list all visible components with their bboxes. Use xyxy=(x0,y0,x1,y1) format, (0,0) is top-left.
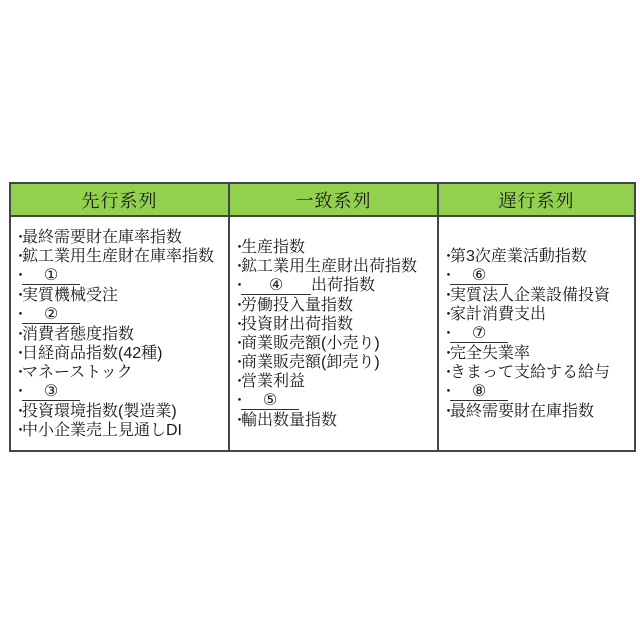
bullet-icon: ・ xyxy=(13,382,22,401)
bullet-icon: ・ xyxy=(13,363,22,382)
item-text: 最終需要財在庫指数 xyxy=(450,402,594,421)
fill-in-blank: ① xyxy=(22,268,80,285)
bullet-icon: ・ xyxy=(441,363,450,382)
list-item: ・⑦ xyxy=(441,324,633,344)
bullet-icon: ・ xyxy=(232,257,241,276)
bullet-icon: ・ xyxy=(441,382,450,401)
item-text: 輸出数量指数 xyxy=(241,411,337,430)
header-row: 先行系列 一致系列 遅行系列 xyxy=(10,183,635,216)
header-coincident-series: 一致系列 xyxy=(229,183,438,216)
list-item: ・労働投入量指数 xyxy=(232,296,436,315)
list-item: ・消費者態度指数 xyxy=(13,325,227,344)
bullet-icon: ・ xyxy=(441,324,450,343)
bullet-icon: ・ xyxy=(232,372,241,391)
item-text: 鉱工業用生産財出荷指数 xyxy=(241,257,417,276)
bullet-icon: ・ xyxy=(232,276,241,295)
item-text: 日経商品指数(42種) xyxy=(22,344,162,363)
bullet-icon: ・ xyxy=(13,286,22,305)
list-item: ・⑧ xyxy=(441,382,633,402)
fill-in-blank: ⑧ xyxy=(450,384,508,401)
item-text: 投資環境指数(製造業) xyxy=(22,402,177,421)
item-text: 完全失業率 xyxy=(450,344,530,363)
list-item: ・第3次産業活動指数 xyxy=(441,247,633,266)
item-text: 商業販売額(卸売り) xyxy=(241,353,380,372)
list-item: ・① xyxy=(13,266,227,286)
bullet-icon: ・ xyxy=(13,305,22,324)
leading-series-list: ・最終需要財在庫率指数・鉱工業用生産財在庫率指数・①・実質機械受注・②・消費者態… xyxy=(13,228,227,440)
fill-in-blank: ③ xyxy=(22,384,80,401)
header-leading-series: 先行系列 xyxy=(10,183,229,216)
item-text: 生産指数 xyxy=(241,238,305,257)
bullet-icon: ・ xyxy=(13,325,22,344)
list-item: ・鉱工業用生産財出荷指数 xyxy=(232,257,436,276)
bullet-icon: ・ xyxy=(13,247,22,266)
item-text: 営業利益 xyxy=(241,372,305,391)
list-item: ・投資環境指数(製造業) xyxy=(13,402,227,421)
body-row: ・最終需要財在庫率指数・鉱工業用生産財在庫率指数・①・実質機械受注・②・消費者態… xyxy=(10,216,635,451)
bullet-icon: ・ xyxy=(232,296,241,315)
bullet-icon: ・ xyxy=(232,353,241,372)
bullet-icon: ・ xyxy=(441,286,450,305)
list-item: ・③ xyxy=(13,382,227,402)
list-item: ・マネーストック xyxy=(13,363,227,382)
item-text: マネーストック xyxy=(22,363,133,382)
list-item: ・投資財出荷指数 xyxy=(232,315,436,334)
bullet-icon: ・ xyxy=(232,391,241,410)
item-text: 出荷指数 xyxy=(311,276,375,295)
list-item: ・輸出数量指数 xyxy=(232,411,436,430)
list-item: ・営業利益 xyxy=(232,372,436,391)
list-item: ・④出荷指数 xyxy=(232,276,436,296)
bullet-icon: ・ xyxy=(13,421,22,440)
list-item: ・商業販売額(小売り) xyxy=(232,334,436,353)
item-text: 投資財出荷指数 xyxy=(241,315,353,334)
bullet-icon: ・ xyxy=(232,238,241,257)
lagging-series-list: ・第3次産業活動指数・⑥・実質法人企業設備投資・家計消費支出・⑦・完全失業率・き… xyxy=(441,247,633,421)
bullet-icon: ・ xyxy=(13,344,22,363)
bullet-icon: ・ xyxy=(441,305,450,324)
economic-series-table: 先行系列 一致系列 遅行系列 ・最終需要財在庫率指数・鉱工業用生産財在庫率指数・… xyxy=(9,182,636,452)
list-item: ・商業販売額(卸売り) xyxy=(232,353,436,372)
list-item: ・家計消費支出 xyxy=(441,305,633,324)
bullet-icon: ・ xyxy=(441,247,450,266)
list-item: ・⑤ xyxy=(232,391,436,411)
item-text: きまって支給する給与 xyxy=(450,363,610,382)
list-item: ・完全失業率 xyxy=(441,344,633,363)
item-text: 中小企業売上見通しDI xyxy=(22,421,182,440)
item-text: 実質法人企業設備投資 xyxy=(450,286,610,305)
fill-in-blank: ④ xyxy=(241,278,311,295)
bullet-icon: ・ xyxy=(232,411,241,430)
list-item: ・② xyxy=(13,305,227,325)
list-item: ・日経商品指数(42種) xyxy=(13,344,227,363)
leading-series-cell: ・最終需要財在庫率指数・鉱工業用生産財在庫率指数・①・実質機械受注・②・消費者態… xyxy=(10,216,229,451)
item-text: 第3次産業活動指数 xyxy=(450,247,587,266)
item-text: 家計消費支出 xyxy=(450,305,546,324)
coincident-series-list: ・生産指数・鉱工業用生産財出荷指数・④出荷指数・労働投入量指数・投資財出荷指数・… xyxy=(232,238,436,430)
list-item: ・実質法人企業設備投資 xyxy=(441,286,633,305)
item-text: 消費者態度指数 xyxy=(22,325,134,344)
list-item: ・最終需要財在庫指数 xyxy=(441,402,633,421)
lagging-series-cell: ・第3次産業活動指数・⑥・実質法人企業設備投資・家計消費支出・⑦・完全失業率・き… xyxy=(438,216,635,451)
item-text: 商業販売額(小売り) xyxy=(241,334,380,353)
item-text: 労働投入量指数 xyxy=(241,296,353,315)
fill-in-blank: ⑤ xyxy=(241,393,299,410)
list-item: ・最終需要財在庫率指数 xyxy=(13,228,227,247)
bullet-icon: ・ xyxy=(13,228,22,247)
bullet-icon: ・ xyxy=(13,266,22,285)
bullet-icon: ・ xyxy=(441,344,450,363)
list-item: ・鉱工業用生産財在庫率指数 xyxy=(13,247,227,266)
list-item: ・⑥ xyxy=(441,266,633,286)
bullet-icon: ・ xyxy=(232,315,241,334)
list-item: ・中小企業売上見通しDI xyxy=(13,421,227,440)
fill-in-blank: ② xyxy=(22,307,80,324)
fill-in-blank: ⑦ xyxy=(450,326,508,343)
list-item: ・実質機械受注 xyxy=(13,286,227,305)
item-text: 実質機械受注 xyxy=(22,286,118,305)
bullet-icon: ・ xyxy=(441,266,450,285)
fill-in-blank: ⑥ xyxy=(450,268,508,285)
bullet-icon: ・ xyxy=(441,402,450,421)
page: 先行系列 一致系列 遅行系列 ・最終需要財在庫率指数・鉱工業用生産財在庫率指数・… xyxy=(0,0,640,640)
header-lagging-series: 遅行系列 xyxy=(438,183,635,216)
list-item: ・生産指数 xyxy=(232,238,436,257)
list-item: ・きまって支給する給与 xyxy=(441,363,633,382)
coincident-series-cell: ・生産指数・鉱工業用生産財出荷指数・④出荷指数・労働投入量指数・投資財出荷指数・… xyxy=(229,216,438,451)
item-text: 最終需要財在庫率指数 xyxy=(22,228,182,247)
bullet-icon: ・ xyxy=(13,402,22,421)
item-text: 鉱工業用生産財在庫率指数 xyxy=(22,247,214,266)
bullet-icon: ・ xyxy=(232,334,241,353)
